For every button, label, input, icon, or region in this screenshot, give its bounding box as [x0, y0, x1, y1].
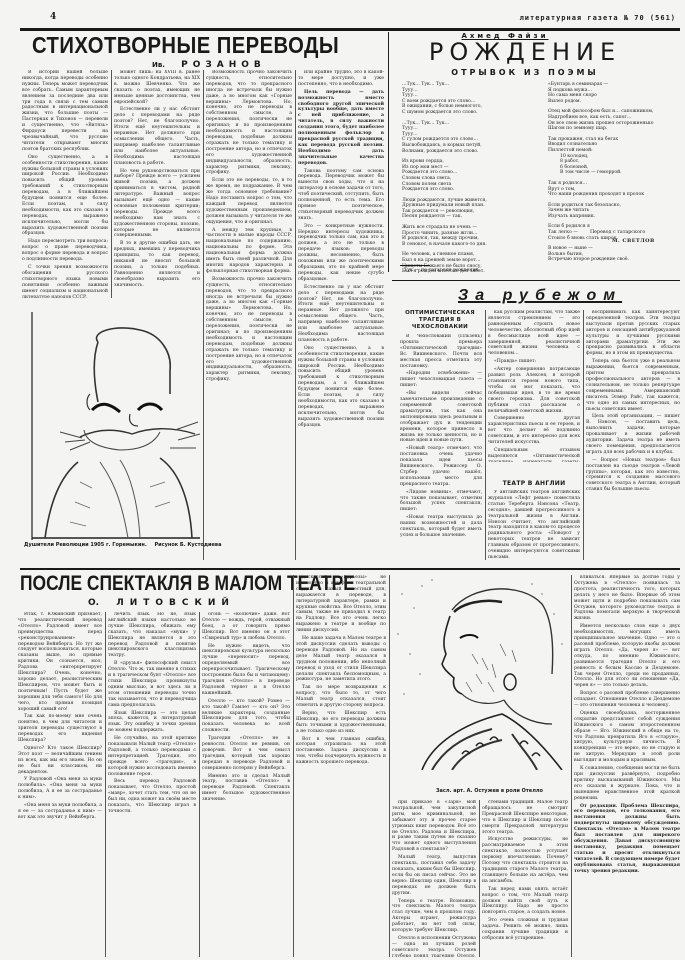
translations-column-1: В истории нашей больше никогда, когда пе… — [22, 70, 108, 298]
author-initial: Ив. — [152, 61, 165, 69]
column-divider — [203, 70, 204, 560]
abroad-column-2: как русским реалистам, что также являетс… — [488, 310, 580, 462]
column-divider — [105, 612, 106, 957]
column-divider — [485, 310, 486, 560]
masthead-rule — [20, 28, 680, 31]
abroad-top-rule — [392, 280, 680, 281]
translations-column-3: Возможность прочно закончить сущность, о… — [206, 70, 292, 560]
poem-stanza: Жить все страдала не очень —Просто чинит… — [402, 225, 542, 247]
footnote-rule — [400, 265, 430, 266]
article2-title: ТЕАТР В АНГЛИИ — [490, 480, 578, 487]
poem-stanza: …Тук… Тук… Тук…Тууу…Тууу…С гулом рождает… — [402, 121, 542, 155]
column-divider — [111, 70, 112, 298]
poem-line: Вылез родом. — [548, 99, 680, 105]
theatre-column-6: стенами традиций. Малое театр обращалось… — [482, 800, 568, 957]
othello-portrait-illustration — [392, 574, 570, 770]
column-divider — [583, 310, 584, 560]
poem-line: Волнами, рождается это слово. — [402, 149, 542, 155]
theatre-column-2: лечить язык. Но не, язык английский язык… — [108, 612, 196, 957]
abroad-title: За рубежом — [458, 285, 622, 305]
column-divider — [295, 70, 296, 560]
poem-line: В том числе — геморрой. — [548, 170, 680, 176]
poem-line: Встречаю второе рождение своё. — [548, 257, 680, 263]
othello-caption: Засл. арт. А. Остужев в роли Отелло — [436, 788, 543, 794]
abroad-column-3: воспринимать как заинтересуют определенн… — [586, 310, 680, 560]
poem-title: РОЖДЕНИЕ — [370, 38, 680, 66]
translations-column-4: или крайне трудно, это в какой-то мере д… — [298, 70, 384, 560]
abroad-article2-text: У английских театров английских журналов… — [488, 490, 580, 560]
author-initial: О. — [88, 598, 99, 608]
poem-stanza: Так я родился…Врут о том,Что наши рожден… — [548, 181, 680, 198]
othello-portrait-icon — [392, 574, 570, 770]
caricature-drawing-icon — [20, 302, 200, 540]
author-name: ЛИТОВСКИЙ — [116, 598, 235, 608]
column-divider — [293, 575, 294, 957]
theatre-column-7: вливаться. Впервые за долгие годы у Осту… — [574, 575, 680, 957]
poem-line: Рождается это слово. — [402, 187, 542, 193]
poem-subtitle: ОТРЫВОК ИЗ ПОЭМЫ — [370, 68, 680, 77]
poem-line: Шагом по земному шар. — [548, 126, 680, 132]
column-divider — [199, 612, 200, 957]
theatre-column-1: Итак, т. Южинский признает, что реалисти… — [18, 612, 102, 957]
theatre-column-5: при приказе в «Заря» мой театральной, че… — [392, 800, 476, 957]
translator-name: М. СВЕТЛОВ — [612, 238, 655, 244]
theatre-column-4: дискуссий «Курьезы» не исключено и актер… — [296, 575, 386, 957]
column-divider — [571, 575, 572, 957]
poem-stanza: «Бунтарь в семинарах —Я подкова мужа…Но … — [548, 82, 680, 104]
poem-subtitle-wrap: ОТРЫВОК ИЗ ПОЭМЫ — [400, 68, 680, 77]
poem-line: Что наши рождения проходят в пролок — [548, 192, 680, 198]
translations-headline: СТИХОТВОРНЫЕ ПЕРЕВОДЫ — [32, 32, 339, 59]
article1-title: ОПТИМИСТИЧЕСКАЯ ТРАГЕДИЯ В ЧЕХОСЛОВАКИИ — [402, 310, 478, 331]
translations-column-2: может лишь: на XVIII в. ранее только одн… — [114, 70, 200, 298]
poem-left-column: …Тук… Тук… Тук…Тууу…Тууу…С воем рождаетс… — [402, 82, 542, 280]
page-number: 4 — [50, 12, 56, 22]
abroad-column-1: В Чехословакии (Пльзень) прошла премьера… — [400, 334, 482, 560]
newspaper-title: литературная газета № 70 (561) — [520, 14, 676, 22]
poem-stanza: Люди рождаются, лучше живется,Дружные пр… — [402, 198, 542, 220]
poem-stanza: Так прокажен, стал на бегахВводил сознат… — [548, 137, 680, 176]
translations-byline: Ив. РОЗАНОВ — [152, 60, 266, 70]
poem-stanza: …Тук… Тук… Тук…Тууу…Тууу…С воем рождаетс… — [402, 82, 542, 116]
poem-line: Песня рождается — так. — [402, 214, 542, 220]
caricature-caption: Душители Революции 1905 г. Горемыкин. Ри… — [24, 542, 221, 548]
theatre-column-3: огонь — «колючие» даже. Вот Отелло — вож… — [202, 612, 290, 957]
poem-title-wrap: РОЖДЕНИЕ — [400, 38, 680, 66]
theatre-top-rule — [20, 568, 680, 570]
caricature-illustration — [20, 302, 200, 540]
poem-stanza: В новое — ныне —Вольно бытия,Встречаю вт… — [548, 246, 680, 263]
masthead: 4 литературная газета № 70 (561) — [20, 12, 680, 26]
column-divider — [479, 800, 480, 957]
poem-stanza: Отец мой философом был и… сапожником,Над… — [548, 109, 680, 131]
theatre-byline: О. ЛИТОВСКИЙ — [88, 598, 235, 608]
poem-line: В сенокос, в начале какого-то дня. — [402, 242, 542, 248]
poem-stanza: Из крови сердца,Из пор мои мест —Рождает… — [402, 159, 542, 193]
poem-footnote: Тук — по-татарски рождение. — [404, 268, 480, 273]
translator-label: Перевод с татарского — [590, 230, 645, 235]
column-divider — [389, 575, 390, 957]
poem-line: Изучать напрямик. — [548, 214, 680, 220]
poem-stanza: Если родиться так безопасно,Зачем же чит… — [548, 203, 680, 220]
poem-line: С шумом рождается это слово. — [402, 110, 542, 116]
author-name: РОЗАНОВ — [181, 60, 266, 70]
